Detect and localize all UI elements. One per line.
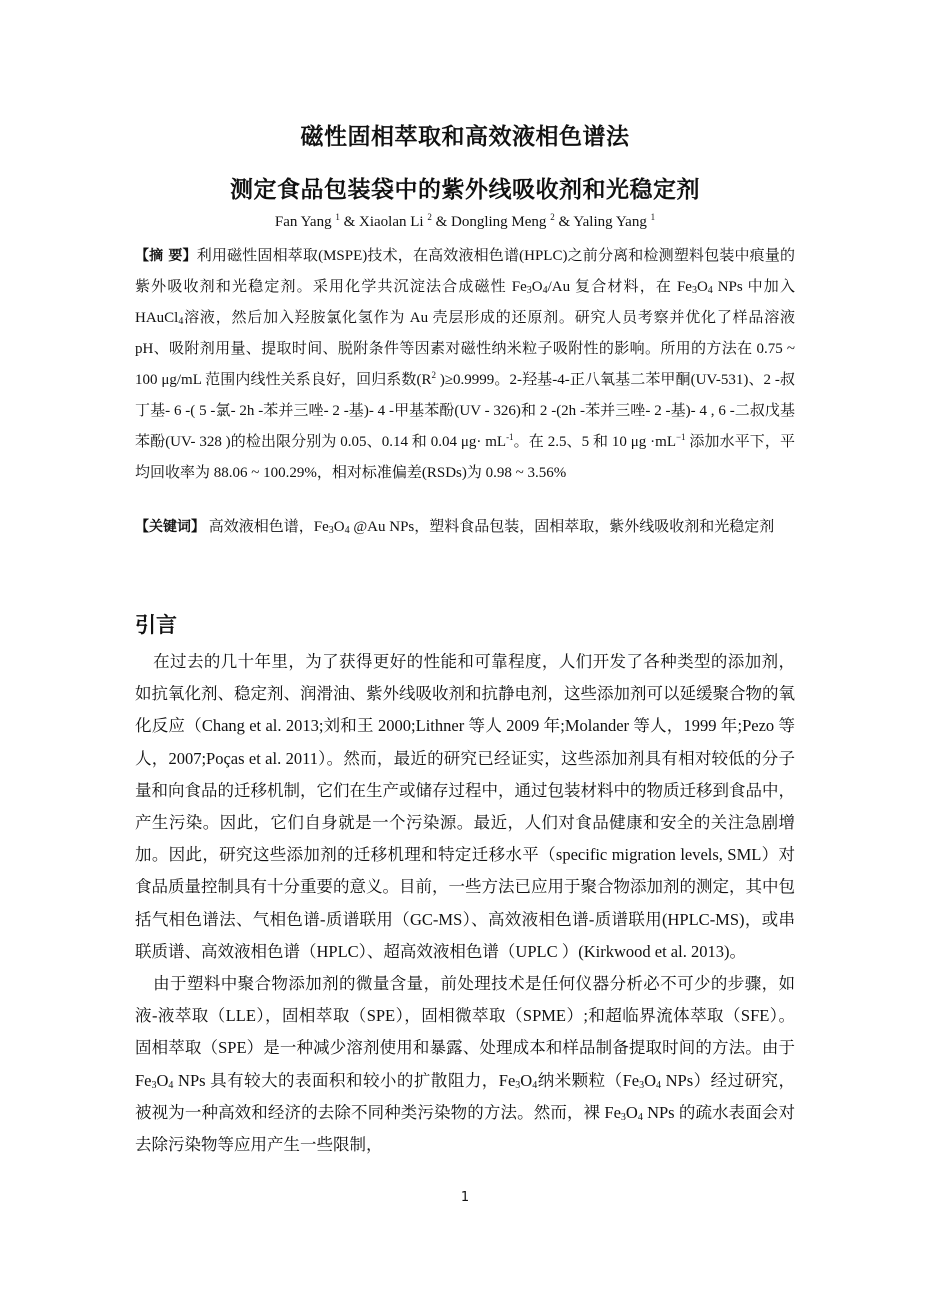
- author-affiliation: 2: [427, 212, 432, 222]
- author-affiliation: 1: [651, 212, 656, 222]
- author-name: Fan Yang: [275, 214, 332, 230]
- abstract-text: /Au 复合材料，在 Fe: [548, 279, 692, 295]
- title-line-2: 测定食品包装袋中的紫外线吸收剂和光稳定剂: [125, 171, 805, 204]
- keywords-text: O: [334, 519, 345, 535]
- paragraph-text: 纳米颗粒（Fe: [537, 1071, 639, 1090]
- author-name: Xiaolan Li: [359, 214, 424, 230]
- paragraph: 在过去的几十年里，为了获得更好的性能和可靠程度，人们开发了各种类型的添加剂，如抗…: [135, 646, 795, 968]
- superscript: -1: [506, 432, 514, 442]
- keywords-text: 高效液相色谱，Fe: [205, 519, 329, 535]
- abstract: 【摘 要】利用磁性固相萃取(MSPE)技术，在高效液相色谱(HPLC)之前分离和…: [135, 241, 795, 489]
- keywords: 【关键词】 高效液相色谱，Fe3O4 @Au NPs，塑料食品包装，固相萃取，紫…: [135, 512, 795, 543]
- page-number: 1: [135, 1190, 795, 1205]
- author-separator: &: [436, 214, 451, 230]
- title-line-1: 磁性固相萃取和高效液相色谱法: [135, 118, 795, 151]
- author-name: Dongling Meng: [451, 214, 546, 230]
- paragraph-text: O: [644, 1071, 656, 1090]
- abstract-text: O: [697, 279, 708, 295]
- keywords-text: @Au NPs，塑料食品包装，固相萃取，紫外线吸收剂和光稳定剂: [350, 519, 775, 535]
- keywords-label: 【关键词】: [135, 519, 205, 535]
- author-affiliation: 2: [550, 212, 555, 222]
- abstract-text: 。在 2.5、5 和 10 μg ·mL: [514, 434, 676, 450]
- abstract-text: O: [532, 279, 543, 295]
- author-name: Yaling Yang: [573, 214, 647, 230]
- paragraph-text: O: [157, 1071, 169, 1090]
- author-separator: &: [558, 214, 573, 230]
- author-separator: &: [344, 214, 359, 230]
- paragraph-text: O: [626, 1103, 638, 1122]
- paragraph-text: NPs 具有较大的表面积和较小的扩散阻力，Fe: [173, 1071, 515, 1090]
- paragraph-text: O: [520, 1071, 532, 1090]
- introduction-body: 在过去的几十年里，为了获得更好的性能和可靠程度，人们开发了各种类型的添加剂，如抗…: [135, 646, 795, 1161]
- superscript: −1: [676, 432, 686, 442]
- section-heading-introduction: 引言: [135, 609, 177, 639]
- author-list: Fan Yang 1 & Xiaolan Li 2 & Dongling Men…: [135, 212, 795, 231]
- paragraph: 由于塑料中聚合物添加剂的微量含量，前处理技术是任何仪器分析必不可少的步骤，如液-…: [135, 968, 795, 1161]
- abstract-label: 【摘 要】: [135, 248, 197, 264]
- author-affiliation: 1: [335, 212, 340, 222]
